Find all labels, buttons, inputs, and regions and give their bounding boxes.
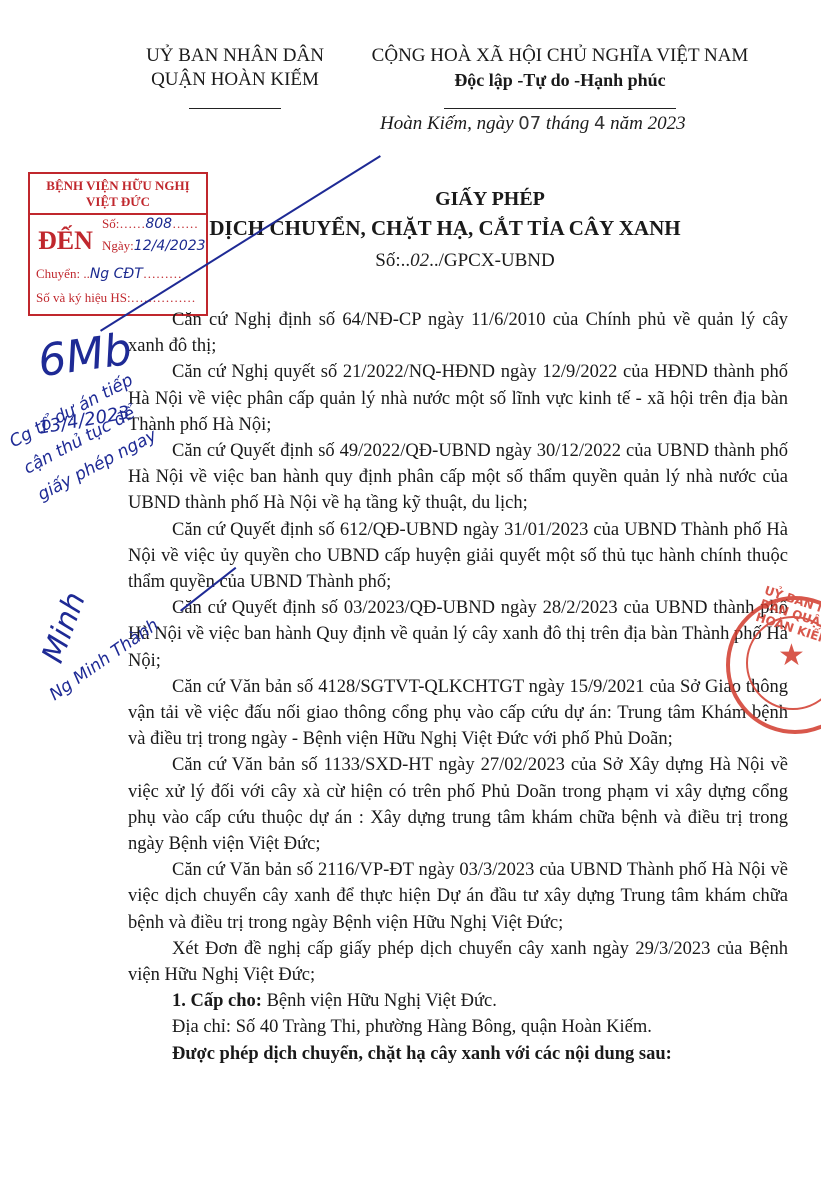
legal-basis-1: Căn cứ Nghị định số 64/NĐ-CP ngày 11/6/2… (128, 307, 788, 359)
legal-basis-7: Căn cứ Văn bản số 1133/SXD-HT ngày 27/02… (128, 752, 788, 857)
legal-basis-5: Căn cứ Quyết định số 03/2023/QĐ-UBND ngà… (128, 595, 788, 674)
legal-basis-3: Căn cứ Quyết định số 49/2022/QĐ-UBND ngà… (128, 438, 788, 517)
motto-underline (444, 108, 676, 109)
legal-basis-6: Căn cứ Văn bản số 4128/SGTVT-QLKCHTGT ng… (128, 674, 788, 753)
document-number-value: 02 (410, 250, 429, 271)
legal-basis-2: Căn cứ Nghị quyết số 21/2022/NQ-HĐND ngà… (128, 359, 788, 438)
issuer-line1: UỶ BAN NHÂN DÂN (110, 44, 360, 68)
permitted-heading: Được phép dịch chuyển, chặt hạ cây xanh … (128, 1041, 788, 1067)
date-month-label: tháng (546, 113, 589, 134)
legal-basis-8: Căn cứ Văn bản số 2116/VP-ĐT ngày 03/3/2… (128, 857, 788, 936)
issuer-line2: QUẬN HOÀN KIẾM (110, 68, 360, 92)
grant-label: 1. Cấp cho: (172, 991, 262, 1011)
issuer-header: UỶ BAN NHÂN DÂN QUẬN HOÀN KIẾM (110, 44, 360, 116)
date-prefix: Hoàn Kiếm, ngày (380, 113, 514, 134)
issue-date: Hoàn Kiếm, ngày 07 tháng 4 năm 2023 (380, 113, 780, 135)
issuer-underline (189, 108, 281, 109)
stamp-number-value: 808 (145, 216, 172, 232)
grant-to: 1. Cấp cho: Bệnh viện Hữu Nghị Việt Đức. (128, 988, 788, 1014)
star-icon: ★ (778, 638, 805, 673)
stamp-file: Số và ký hiệu HS:…………… (36, 290, 196, 306)
national-header: CỘNG HOÀ XÃ HỘI CHỦ NGHĨA VIỆT NAM Độc l… (350, 44, 770, 116)
stamp-org: BỆNH VIỆN HỮU NGHỊ VIỆT ĐỨC (30, 174, 206, 215)
handwritten-signature-2: Minh (35, 588, 93, 668)
grantee-address: Địa chỉ: Số 40 Tràng Thi, phường Hàng Bô… (128, 1014, 788, 1040)
national-title: CỘNG HOÀ XÃ HỘI CHỦ NGHĨA VIỆT NAM (350, 44, 770, 68)
legal-basis-4: Căn cứ Quyết định số 612/QĐ-UBND ngày 31… (128, 517, 788, 596)
stamp-date: Ngày:12/4/2023 (102, 238, 206, 254)
application-reference: Xét Đơn đề nghị cấp giấy phép dịch chuyể… (128, 936, 788, 988)
stamp-transfer: Chuyển: ..Ng CĐT……… (36, 266, 182, 282)
document-body: Căn cứ Nghị định số 64/NĐ-CP ngày 11/6/2… (128, 307, 788, 1067)
national-motto: Độc lập -Tự do -Hạnh phúc (350, 68, 770, 92)
stamp-transfer-value: Ng CĐT (90, 266, 143, 282)
date-day: 07 (518, 113, 541, 134)
grant-value: Bệnh viện Hữu Nghị Việt Đức. (267, 991, 497, 1011)
stamp-number: Số:……808…… (102, 216, 198, 232)
received-stamp: BỆNH VIỆN HỮU NGHỊ VIỆT ĐỨC ĐẾN Số:……808… (28, 172, 208, 316)
document-number: Số:..02../GPCX-UBND (300, 250, 630, 272)
stamp-label: ĐẾN (38, 226, 93, 256)
date-month: 4 (594, 113, 605, 134)
seal-emblem: ★ (746, 616, 821, 710)
stamp-date-value: 12/4/2023 (134, 238, 206, 254)
date-year: năm 2023 (610, 113, 685, 134)
